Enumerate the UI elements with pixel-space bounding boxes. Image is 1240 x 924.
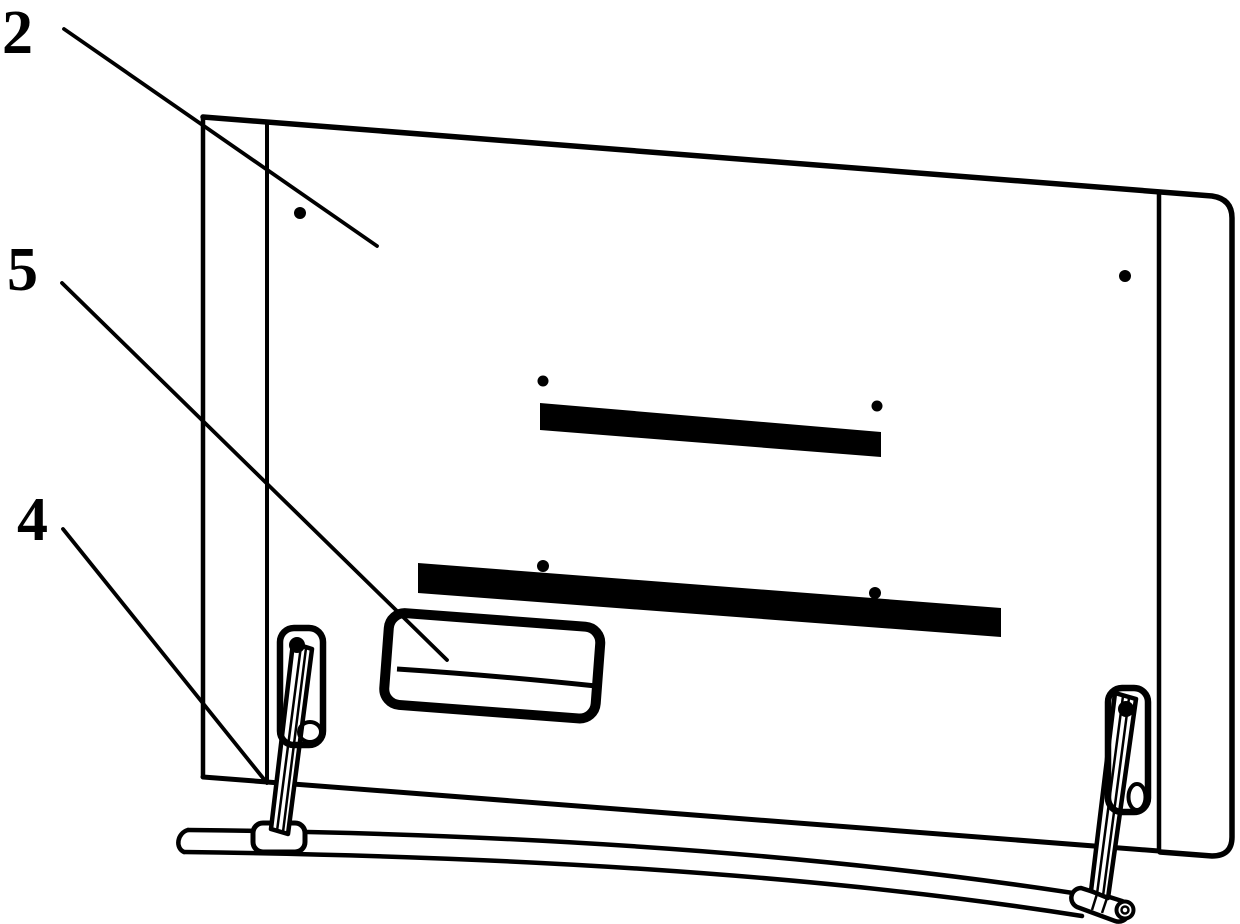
screw-hole-lower-slot-left bbox=[537, 560, 549, 572]
base-bar-left-end-cap bbox=[178, 830, 188, 852]
upper-mount-slot bbox=[540, 403, 881, 457]
ref-label-2: 2 bbox=[2, 0, 33, 67]
mounting-slots bbox=[418, 403, 1001, 637]
back-panel bbox=[203, 117, 1232, 856]
leader-line-5 bbox=[62, 283, 447, 660]
screw-hole-lower-slot-right bbox=[869, 587, 881, 599]
right-stand-hinge-cylinder bbox=[1129, 784, 1146, 810]
panel-bottom-edge bbox=[203, 777, 1159, 851]
ref-label-5: 5 bbox=[7, 236, 38, 304]
leader-line-4 bbox=[63, 529, 267, 783]
reference-numerals: 2 5 4 bbox=[2, 0, 48, 554]
ref-label-4: 4 bbox=[17, 486, 48, 554]
base-bar bbox=[178, 830, 1086, 916]
right-stand bbox=[1071, 688, 1148, 922]
screw-hole-top-right bbox=[1119, 270, 1131, 282]
left-stand-pivot-dot bbox=[289, 637, 305, 653]
base-bar-bottom-line bbox=[184, 852, 1082, 916]
panel-top-and-right-edge bbox=[203, 117, 1232, 856]
screw-hole-upper-slot-left bbox=[538, 376, 549, 387]
screw-hole-upper-slot-right bbox=[872, 401, 883, 412]
screw-hole-top-left bbox=[294, 207, 306, 219]
right-stand-pivot-dot bbox=[1118, 701, 1134, 717]
base-bar-top-line bbox=[188, 830, 1086, 895]
patent-figure: 2 5 4 bbox=[0, 0, 1240, 924]
screw-holes bbox=[294, 207, 1131, 599]
leader-line-2 bbox=[64, 29, 377, 246]
right-stand-foot-end-inner-circle bbox=[1122, 907, 1129, 914]
technical-drawing-canvas: 2 5 4 bbox=[0, 0, 1240, 924]
left-stand bbox=[253, 628, 323, 852]
